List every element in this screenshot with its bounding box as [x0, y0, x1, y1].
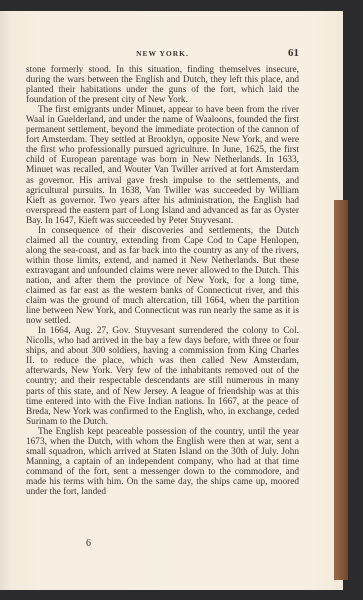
- page-body: stone formerly stood. In this situation,…: [26, 65, 299, 497]
- paragraph: The first emigrants under Minuet, appear…: [26, 105, 299, 226]
- page-header: NEW YORK. 61: [26, 47, 299, 61]
- signature-mark: 6: [86, 538, 91, 549]
- paragraph: In consequence of their discoveries and …: [26, 226, 299, 326]
- paragraph: The English kept peaceable possession of…: [26, 427, 299, 497]
- paragraph: stone formerly stood. In this situation,…: [26, 65, 299, 105]
- page-number: 61: [288, 47, 299, 59]
- book-cover-edge: [334, 200, 348, 580]
- paragraph: In 1664, Aug. 27, Gov. Stuyvesant surren…: [26, 326, 299, 426]
- running-head: NEW YORK.: [26, 49, 299, 58]
